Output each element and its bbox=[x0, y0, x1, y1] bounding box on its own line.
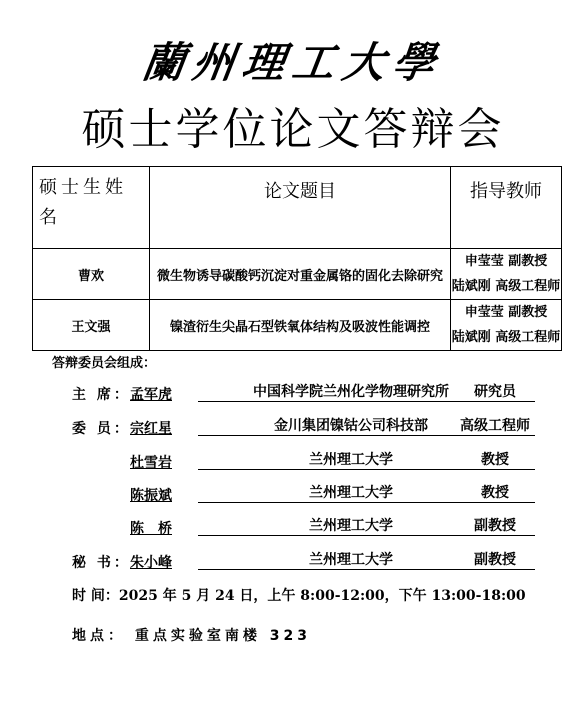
member-title: 教授 bbox=[455, 485, 535, 503]
table-row: 曹欢 微生物诱导碳酸钙沉淀对重金属铬的固化去除研究 申莹莹 副教授 陆斌刚 高级… bbox=[33, 249, 562, 300]
member-title: 教授 bbox=[455, 452, 535, 470]
member-name: 陈振斌 bbox=[130, 485, 190, 505]
table-header-row: 硕士生姓名 论文题目 指导教师 bbox=[33, 167, 562, 249]
student-name: 曹欢 bbox=[33, 249, 150, 300]
member-name: 杜雪岩 bbox=[130, 452, 190, 472]
defense-time: 时 间：2025 年 5 月 24 日，上午 8:00-12:00，下午 13:… bbox=[72, 585, 526, 605]
member-role: 主 席： bbox=[72, 384, 128, 404]
advisor: 申莹莹 副教授 bbox=[451, 300, 561, 325]
member-title: 副教授 bbox=[455, 518, 535, 536]
student-name: 王文强 bbox=[33, 300, 150, 351]
thesis-topic: 镍渣衍生尖晶石型铁氧体结构及吸波性能调控 bbox=[150, 300, 451, 351]
member-name: 朱小峰 bbox=[130, 552, 190, 572]
committee-heading: 答辩委员会组成： bbox=[52, 352, 156, 371]
defense-place: 地点： 重点实验室南楼 323 bbox=[72, 625, 311, 645]
advisors: 申莹莹 副教授 陆斌刚 高级工程师 bbox=[451, 300, 562, 351]
member-name: 陈 桥 bbox=[130, 518, 190, 538]
header-thesis-topic: 论文题目 bbox=[150, 167, 451, 249]
advisor: 陆斌刚 高级工程师 bbox=[451, 274, 561, 299]
thesis-topic: 微生物诱导碳酸钙沉淀对重金属铬的固化去除研究 bbox=[150, 249, 451, 300]
university-logo: 蘭州理工大學 bbox=[0, 30, 586, 90]
member-role: 委 员： bbox=[72, 418, 128, 438]
member-title: 副教授 bbox=[455, 552, 535, 570]
header-student-name: 硕士生姓名 bbox=[33, 167, 150, 249]
page-title: 硕士学位论文答辩会 bbox=[0, 102, 586, 158]
member-role: 秘 书： bbox=[72, 552, 128, 572]
member-name: 孟军虎 bbox=[130, 384, 190, 404]
table-row: 王文强 镍渣衍生尖晶石型铁氧体结构及吸波性能调控 申莹莹 副教授 陆斌刚 高级工… bbox=[33, 300, 562, 351]
member-title: 高级工程师 bbox=[455, 418, 535, 436]
member-name: 宗红星 bbox=[130, 418, 190, 438]
defense-table: 硕士生姓名 论文题目 指导教师 曹欢 微生物诱导碳酸钙沉淀对重金属铬的固化去除研… bbox=[32, 166, 562, 351]
advisor: 申莹莹 副教授 bbox=[451, 249, 561, 274]
advisors: 申莹莹 副教授 陆斌刚 高级工程师 bbox=[451, 249, 562, 300]
header-advisor: 指导教师 bbox=[451, 167, 562, 249]
member-title: 研究员 bbox=[455, 384, 535, 402]
advisor: 陆斌刚 高级工程师 bbox=[451, 325, 561, 350]
